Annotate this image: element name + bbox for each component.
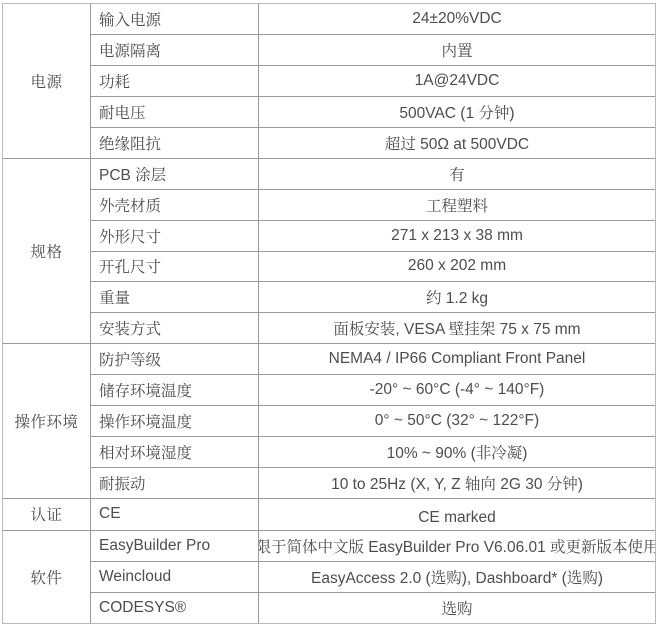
spec-item-label: 输入电源 [91,4,259,34]
category-cell: 规格 [3,159,91,344]
table-row: EasyBuilder Pro限于简体中文版 EasyBuilder Pro V… [91,531,655,561]
table-row: 功耗1A@24VDC [91,65,655,96]
spec-item-value: 10% ~ 90% (非冷凝) [259,437,655,467]
spec-item-value: 约 1.2 kg [259,282,655,312]
spec-item-label: CODESYS® [91,593,259,623]
category-cell: 电源 [3,4,91,158]
section-rows: EasyBuilder Pro限于简体中文版 EasyBuilder Pro V… [91,531,655,623]
spec-item-value: CE marked [259,499,655,530]
spec-item-value: 24±20%VDC [259,4,655,34]
spec-item-label: 操作环境温度 [91,406,259,436]
spec-item-value: 超过 50Ω at 500VDC [259,128,655,158]
table-row: 安装方式面板安装, VESA 壁挂架 75 x 75 mm [91,312,655,343]
spec-item-value: 0° ~ 50°C (32° ~ 122°F) [259,406,655,436]
spec-item-label: 功耗 [91,66,259,96]
table-row: 开孔尺寸260 x 202 mm [91,251,655,282]
spec-item-label: PCB 涂层 [91,159,259,189]
spec-item-label: 外形尺寸 [91,221,259,251]
table-row: 耐电压500VAC (1 分钟) [91,96,655,127]
spec-item-value: 面板安装, VESA 壁挂架 75 x 75 mm [259,313,655,343]
spec-item-value: 10 to 25Hz (X, Y, Z 轴向 2G 30 分钟) [259,468,655,498]
category-cell: 软件 [3,531,91,623]
specification-table: 电源输入电源24±20%VDC电源隔离内置功耗1A@24VDC耐电压500VAC… [2,3,656,624]
spec-item-label: 外壳材质 [91,190,259,220]
spec-item-label: CE [91,499,259,530]
category-cell: 操作环境 [3,344,91,498]
spec-item-label: 安装方式 [91,313,259,343]
spec-item-label: Weincloud [91,562,259,592]
spec-item-value: EasyAccess 2.0 (选购), Dashboard* (选购) [259,562,655,592]
spec-item-label: 耐电压 [91,97,259,127]
spec-item-value: 500VAC (1 分钟) [259,97,655,127]
spec-item-value: -20° ~ 60°C (-4° ~ 140°F) [259,375,655,405]
table-row: 外壳材质工程塑料 [91,189,655,220]
spec-item-label: 防护等级 [91,344,259,374]
table-section: 软件EasyBuilder Pro限于简体中文版 EasyBuilder Pro… [3,530,655,623]
table-row: WeincloudEasyAccess 2.0 (选购), Dashboard*… [91,561,655,592]
table-row: 电源隔离内置 [91,34,655,65]
table-row: 防护等级NEMA4 / IP66 Compliant Front Panel [91,344,655,374]
spec-item-label: 开孔尺寸 [91,252,259,282]
spec-item-label: EasyBuilder Pro [91,531,259,561]
spec-item-label: 耐振动 [91,468,259,498]
table-row: 操作环境温度0° ~ 50°C (32° ~ 122°F) [91,405,655,436]
spec-item-value: 有 [259,159,655,189]
table-row: 输入电源24±20%VDC [91,4,655,34]
category-cell: 认证 [3,499,91,530]
spec-item-label: 电源隔离 [91,35,259,65]
table-row: 外形尺寸271 x 213 x 38 mm [91,220,655,251]
table-row: 绝缘阻抗超过 50Ω at 500VDC [91,127,655,158]
spec-item-value: 工程塑料 [259,190,655,220]
section-rows: PCB 涂层有外壳材质工程塑料外形尺寸271 x 213 x 38 mm开孔尺寸… [91,159,655,344]
spec-item-label: 绝缘阻抗 [91,128,259,158]
spec-item-value: 选购 [259,593,655,623]
spec-item-value: 1A@24VDC [259,66,655,96]
section-rows: 输入电源24±20%VDC电源隔离内置功耗1A@24VDC耐电压500VAC (… [91,4,655,158]
table-row: 相对环境湿度10% ~ 90% (非冷凝) [91,436,655,467]
table-section: 操作环境防护等级NEMA4 / IP66 Compliant Front Pan… [3,343,655,498]
spec-item-value: 限于简体中文版 EasyBuilder Pro V6.06.01 或更新版本使用 [259,531,655,561]
spec-item-label: 储存环境温度 [91,375,259,405]
table-row: PCB 涂层有 [91,159,655,189]
spec-item-value: 271 x 213 x 38 mm [259,221,655,251]
spec-item-label: 重量 [91,282,259,312]
spec-item-value: 260 x 202 mm [259,252,655,282]
table-section: 规格PCB 涂层有外壳材质工程塑料外形尺寸271 x 213 x 38 mm开孔… [3,158,655,344]
section-rows: CECE marked [91,499,655,530]
spec-item-value: 内置 [259,35,655,65]
table-row: 储存环境温度-20° ~ 60°C (-4° ~ 140°F) [91,374,655,405]
table-row: CODESYS®选购 [91,592,655,623]
spec-item-label: 相对环境湿度 [91,437,259,467]
table-row: 耐振动10 to 25Hz (X, Y, Z 轴向 2G 30 分钟) [91,467,655,498]
spec-item-value: NEMA4 / IP66 Compliant Front Panel [259,344,655,374]
table-row: 重量约 1.2 kg [91,281,655,312]
table-row: CECE marked [91,499,655,530]
table-section: 认证CECE marked [3,498,655,530]
section-rows: 防护等级NEMA4 / IP66 Compliant Front Panel储存… [91,344,655,498]
table-section: 电源输入电源24±20%VDC电源隔离内置功耗1A@24VDC耐电压500VAC… [3,4,655,158]
